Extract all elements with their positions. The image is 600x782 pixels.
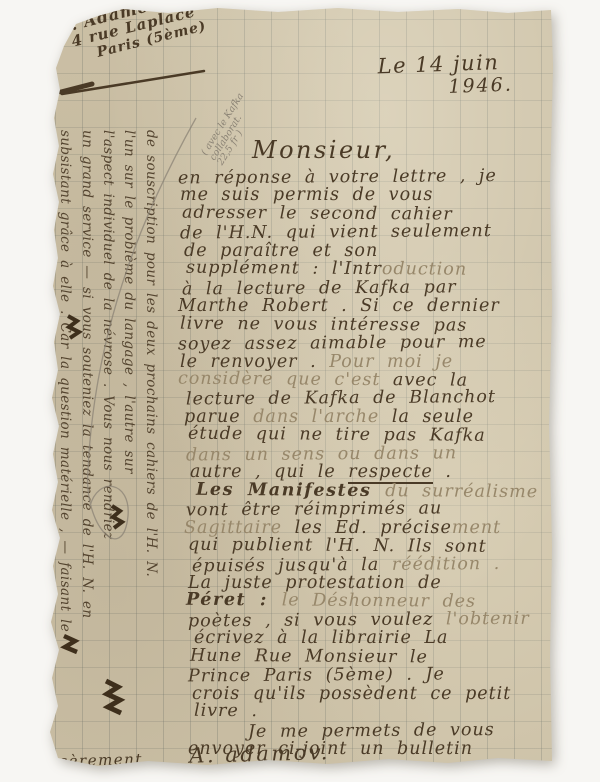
handwritten-segment: la seule bbox=[392, 407, 474, 427]
salutation: Monsieur, bbox=[252, 136, 395, 164]
margin-note-column: un grand service — si vous souteniez la … bbox=[79, 130, 94, 750]
handwritten-line: livre . bbox=[178, 702, 553, 723]
address-underline-thick-stroke bbox=[61, 84, 92, 92]
margin-note-column: l'un sur le problème du langage , l'autr… bbox=[121, 130, 136, 750]
handwritten-segment: réédition . bbox=[392, 553, 501, 574]
handwritten-line: Marthe Robert . Si ce dernier bbox=[178, 297, 553, 315]
margin-note-column: moins possible de concessions à ce mot e… bbox=[35, 130, 50, 750]
handwritten-segment: l'obtenir bbox=[446, 609, 530, 630]
handwritten-segment: considère que c'est bbox=[178, 369, 393, 391]
signature-initial: A. bbox=[189, 743, 216, 768]
handwritten-segment: Les Manifestes bbox=[196, 479, 385, 500]
squared-paper-sheet: A. Adamov 4 rue Laplace Paris (5ème) ( a… bbox=[28, 6, 553, 776]
signature-name: A. adamov. bbox=[189, 740, 330, 768]
photo-of-letter: { "document_type": "handwritten letter o… bbox=[0, 0, 600, 782]
date-block: Le 14 juin 1946. bbox=[377, 50, 513, 101]
handwritten-line: étude qui ne tire pas Kafka bbox=[178, 425, 553, 446]
sender-address-block: A. Adamov 4 rue Laplace Paris (5ème) bbox=[56, 6, 208, 69]
handwritten-segment: ment bbox=[452, 518, 501, 538]
margin-note-column: de souscription pour les deux prochains … bbox=[143, 130, 158, 750]
handwritten-segment: Péret : bbox=[186, 590, 282, 611]
handwritten-segment: les Ed. précise bbox=[295, 518, 452, 538]
date-line-2: 1946. bbox=[448, 74, 513, 98]
handwritten-segment: Pour moi je bbox=[329, 352, 453, 372]
handwritten-segment: supplément : l'Intr bbox=[186, 258, 382, 279]
margin-note-column: subsistant grâce à elle . Car la questio… bbox=[57, 130, 72, 750]
address-underline-stroke bbox=[62, 71, 204, 94]
signature-closing: sincèrement . bbox=[32, 750, 156, 771]
handwritten-segment: . bbox=[433, 462, 452, 482]
signature-line: sincèrement . A. adamov. bbox=[32, 740, 330, 772]
handwritten-segment: livre . bbox=[194, 701, 258, 721]
handwritten-line: supplément : l'Introduction bbox=[178, 259, 553, 280]
handwritten-line: autre , qui le respecte . bbox=[178, 463, 553, 481]
letter-paper-wrapper: A. Adamov 4 rue Laplace Paris (5ème) ( a… bbox=[28, 6, 553, 776]
signature-surname: adamov. bbox=[225, 740, 330, 770]
margin-note-column: l'aspect individuel de la névrose . Vous… bbox=[100, 130, 115, 750]
letter-body: en réponse à votre lettre , jeme suis pe… bbox=[178, 168, 553, 759]
handwritten-line: écrivez à la librairie La bbox=[178, 629, 553, 647]
